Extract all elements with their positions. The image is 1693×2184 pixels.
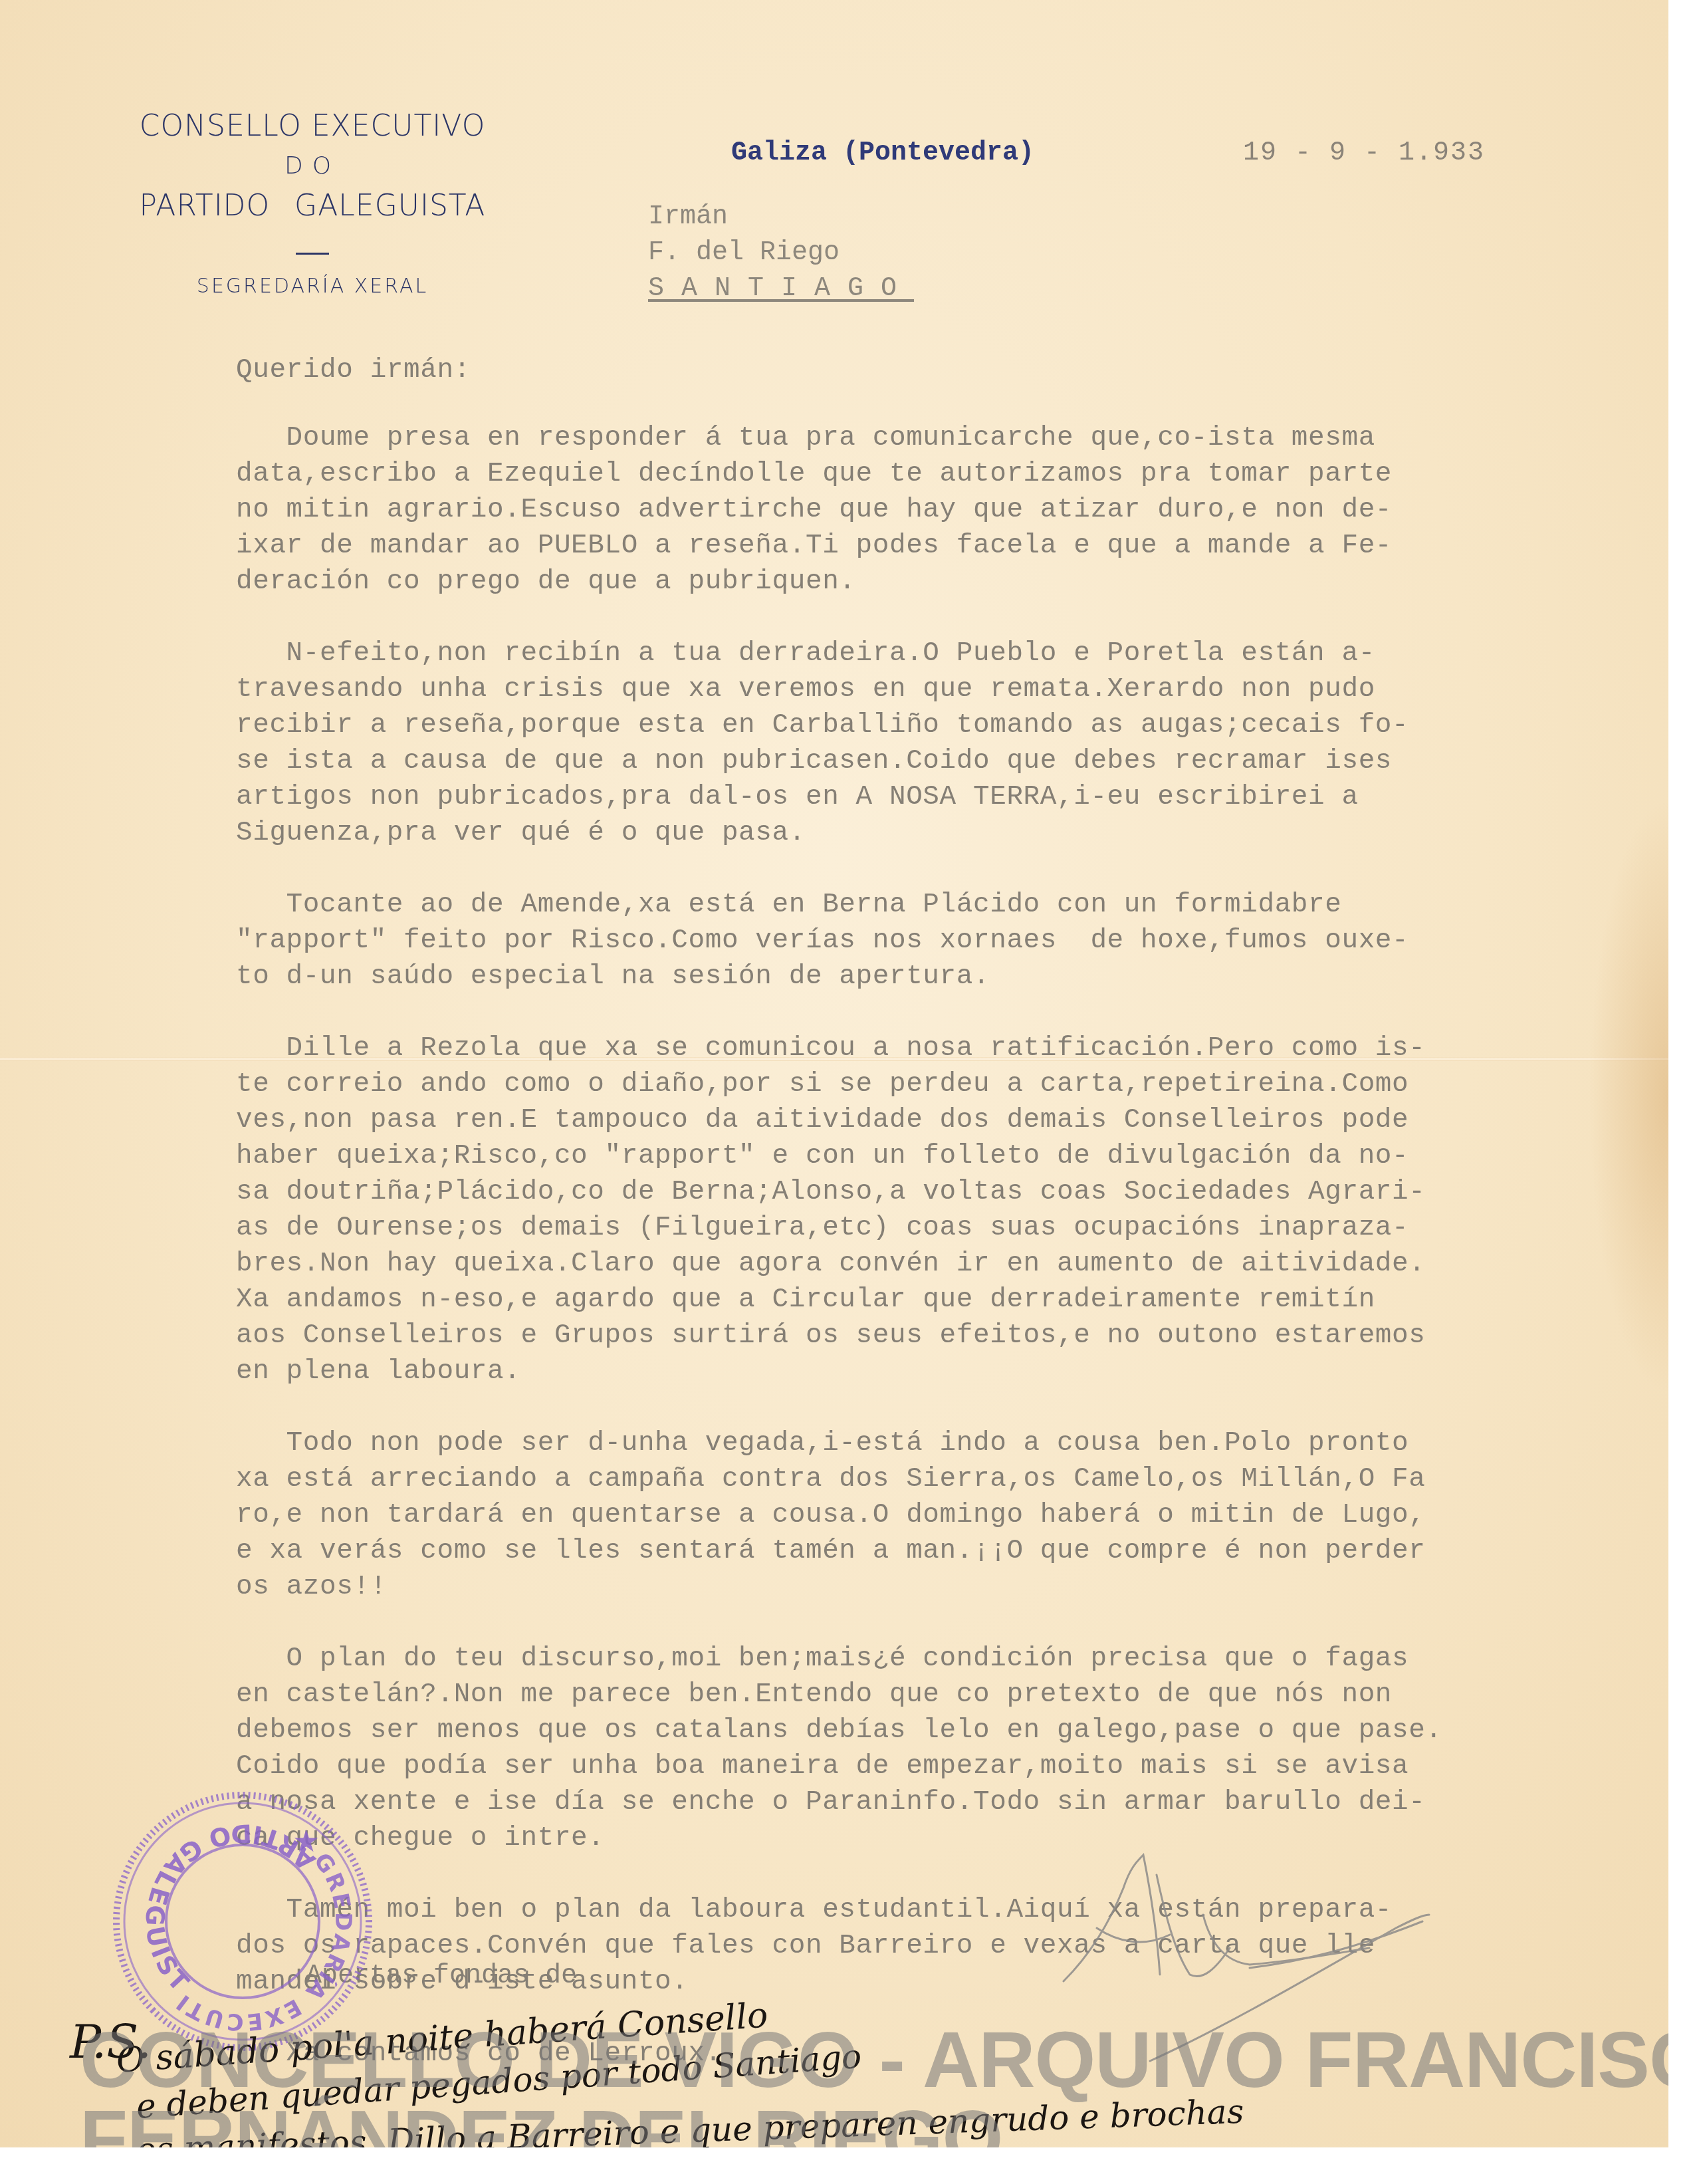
handwritten-postscript: P.S. O sábado pol'a noite haberá Consell… — [70, 2014, 1665, 2147]
text-line: N-efeito,non recibín a tua derradeira.O … — [236, 636, 1658, 671]
text-line: a nosa xente e ise día se enche o Parani… — [236, 1784, 1658, 1820]
paragraph-4: Dille a Rezola que xa se comunicou a nos… — [236, 1031, 1658, 1390]
text-line: te correio ando como o diaño,por si se p… — [236, 1066, 1658, 1102]
recipient-name: F. del Riego — [648, 235, 914, 271]
text-line: aos Conselleiros e Grupos surtirá os seu… — [236, 1318, 1658, 1354]
text-line: artigos non pubricados,pra dal-os en A N… — [236, 779, 1658, 815]
text-line: xa está arreciando a campaña contra dos … — [236, 1461, 1658, 1497]
text-line: os azos!! — [236, 1569, 1658, 1605]
text-line: to d-un saúdo especial na sesión de aper… — [236, 959, 1658, 995]
text-line: ves,non pasa ren.E tampouco da aitividad… — [236, 1102, 1658, 1138]
text-line: Xa andamos n-eso,e agardo que a Circular… — [236, 1282, 1658, 1318]
letter-place: Galiza (Pontevedra) — [731, 138, 1034, 168]
recipient-city: SANTIAGO — [648, 271, 914, 307]
letterhead-divider — [296, 253, 329, 255]
text-line: Coido que podía ser unha boa maneira de … — [236, 1749, 1658, 1784]
text-line: as de Ourense;os demais (Filgueira,etc) … — [236, 1210, 1658, 1246]
letterhead: CONSELLO EXECUTIVO DO PARTIDO GALEGUISTA… — [113, 106, 512, 298]
stamp-star-icon: ★ — [292, 1823, 320, 1859]
letter-date: 19 - 9 - 1.933 — [1243, 138, 1485, 168]
text-line: travesando unha crisis que xa veremos en… — [236, 671, 1658, 707]
text-line: debemos ser menos que os catalans debías… — [236, 1713, 1658, 1749]
letterhead-line2: DO — [113, 146, 512, 186]
text-line: Tocante ao de Amende,xa está en Berna Pl… — [236, 887, 1658, 923]
text-line: Todo non pode ser d-unha vegada,i-está i… — [236, 1425, 1658, 1461]
paragraph-6: O plan do teu discurso,moi ben;mais¿é co… — [236, 1641, 1658, 1856]
text-line: data,escribo a Ezequiel decíndolle que t… — [236, 456, 1658, 492]
text-line: no mitin agrario.Escuso advertirche que … — [236, 492, 1658, 528]
text-line: ro,e non tardará en quentarse a cousa.O … — [236, 1497, 1658, 1533]
recipient-address: Irmán F. del Riego SANTIAGO — [648, 199, 914, 307]
text-line: en plena laboura. — [236, 1354, 1658, 1390]
text-line: deración co prego de que a pubriquen. — [236, 564, 1658, 600]
text-line: en castelán?.Non me parece ben.Entendo q… — [236, 1677, 1658, 1713]
text-line: ixar de mandar ao PUEBLO a reseña.Ti pod… — [236, 528, 1658, 564]
text-line: e xa verás como se lles sentará tamén a … — [236, 1533, 1658, 1569]
paragraph-1: Doume presa en responder á tua pra comun… — [236, 420, 1658, 600]
text-line: bres.Non hay queixa.Claro que agora conv… — [236, 1246, 1658, 1282]
text-line: se ista a causa de que a non pubricasen.… — [236, 743, 1658, 779]
text-line: haber queixa;Risco,co "rapport" e con un… — [236, 1138, 1658, 1174]
letterhead-line3: PARTIDO GALEGUISTA — [113, 186, 512, 226]
text-line: recibir a reseña,porque esta en Carballi… — [236, 707, 1658, 743]
text-line: Dille a Rezola que xa se comunicou a nos… — [236, 1031, 1658, 1066]
paragraph-3: Tocante ao de Amende,xa está en Berna Pl… — [236, 887, 1658, 995]
text-line: sa doutriña;Plácido,co de Berna;Alonso,a… — [236, 1174, 1658, 1210]
letter-body: Querido irmán: Doume presa en responder … — [236, 352, 1658, 2108]
letter-salutation: Querido irmán: — [236, 352, 1658, 388]
letterhead-line1: CONSELLO EXECUTIVO — [113, 106, 512, 146]
text-line: Doume presa en responder á tua pra comun… — [236, 420, 1658, 456]
recipient-salutation: Irmán — [648, 199, 914, 235]
paragraph-5: Todo non pode ser d-unha vegada,i-está i… — [236, 1425, 1658, 1605]
text-line: "rapport" feito por Risco.Como verías no… — [236, 923, 1658, 959]
paragraph-2: N-efeito,non recibín a tua derradeira.O … — [236, 636, 1658, 851]
text-line: O plan do teu discurso,moi ben;mais¿é co… — [236, 1641, 1658, 1677]
text-line: Siguenza,pra ver qué é o que pasa. — [236, 815, 1658, 851]
letterhead-subtitle: SEGREDARÍA XERAL — [113, 275, 512, 298]
letter-page: CONSELLO EXECUTIVO DO PARTIDO GALEGUISTA… — [0, 0, 1668, 2147]
